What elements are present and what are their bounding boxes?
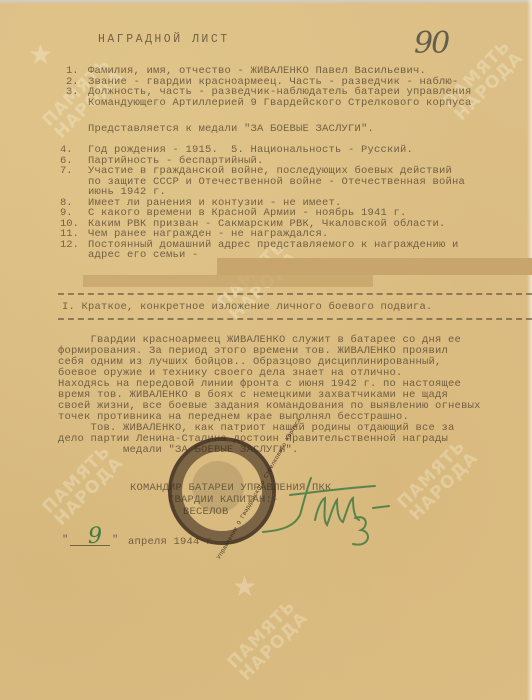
divider — [58, 318, 532, 321]
field-number: 12. — [60, 240, 79, 251]
narrative-line: Тов. ЖИВАЛЕНКО, как патриот нашей родины… — [58, 423, 455, 434]
field-number: 3. — [66, 87, 79, 98]
archive-number: 90 — [414, 26, 448, 61]
handwritten-signature — [255, 470, 405, 550]
watermark: ПАМЯТЬ НАРОДА — [225, 597, 312, 684]
field-number: 1. — [66, 66, 79, 77]
narrative-line: Находясь на передовой линии фронта с июн… — [58, 379, 461, 390]
redacted-address — [217, 258, 532, 275]
date-day: 9 — [88, 524, 102, 549]
field-text: Участие в гражданской войне, последующих… — [88, 166, 452, 177]
scan-edge-top — [0, 0, 532, 4]
narrative-line: себя одним из лучших бойцов.. Образцово … — [58, 357, 442, 368]
document-title: НАГРАДНОЙ ЛИСТ — [98, 33, 230, 46]
narrative-line: медали "ЗА БОЕВЫЕ ЗАСЛУГИ". — [58, 445, 299, 456]
field-text: Год рождения - 1915. 5. Национальность -… — [88, 145, 413, 156]
field-text: адрес его семьи - — [88, 250, 199, 261]
date-close-quote: " — [112, 535, 119, 546]
narrative-line: своей жизни, все боевые задания командов… — [58, 401, 481, 412]
field-text: Командующего Артиллерией 9 Гвардейского … — [88, 98, 472, 109]
field-number: 11. — [60, 229, 79, 240]
watermark: ПАМЯТЬ НАРОДА — [395, 437, 482, 524]
field-text: Должность, часть - разведчик-наблюдатель… — [88, 87, 472, 98]
narrative-line: Гвардии красноармеец ЖИВАЛЕНКО служит в … — [58, 335, 461, 346]
field-text: С какого времени в Красной Армии - ноябр… — [88, 208, 407, 219]
narrative-line: боевое оружие и технику своего дела знае… — [58, 368, 403, 379]
field-number: 9. — [60, 208, 73, 219]
narrative-line: время тов. ЖИВАЛЕНКО в боях с немецкими … — [58, 390, 448, 401]
stamp-emblem-icon — [192, 461, 244, 513]
date-month-year: апреля 1944 г. — [128, 537, 219, 548]
section-heading: I. Краткое, конкретное изложение личного… — [62, 302, 433, 313]
nomination-line: Представляется к медали "ЗА БОЕВЫЕ ЗАСЛУ… — [88, 124, 374, 135]
field-text: Фамилия, имя, отчество - ЖИВАЛЕНКО Павел… — [88, 66, 426, 77]
field-number: 7. — [60, 166, 73, 177]
redacted-address — [83, 275, 373, 287]
field-number: 4. — [60, 145, 73, 156]
date-open-quote: " — [62, 535, 69, 546]
narrative-line: точек противника на переднем крае выполн… — [58, 412, 409, 423]
award-sheet-scan: ★ ПАМЯТЬ НАРОДА ПАМЯТЬ НАРОДА ПАМЯТЬ НАР… — [0, 0, 532, 700]
watermark-star-icon: ★ — [232, 570, 257, 603]
narrative-line: формирования. За период этого времени то… — [58, 346, 448, 357]
scan-edge-right — [527, 0, 532, 700]
watermark-star-icon: ★ — [28, 38, 53, 71]
divider — [58, 293, 532, 296]
narrative-line: дело партии Ленина-Сталина достоин Прави… — [58, 434, 448, 445]
field-text: Чем ранее награжден - не награждался. — [88, 229, 329, 240]
field-text: июнь 1942 г. — [88, 187, 166, 198]
